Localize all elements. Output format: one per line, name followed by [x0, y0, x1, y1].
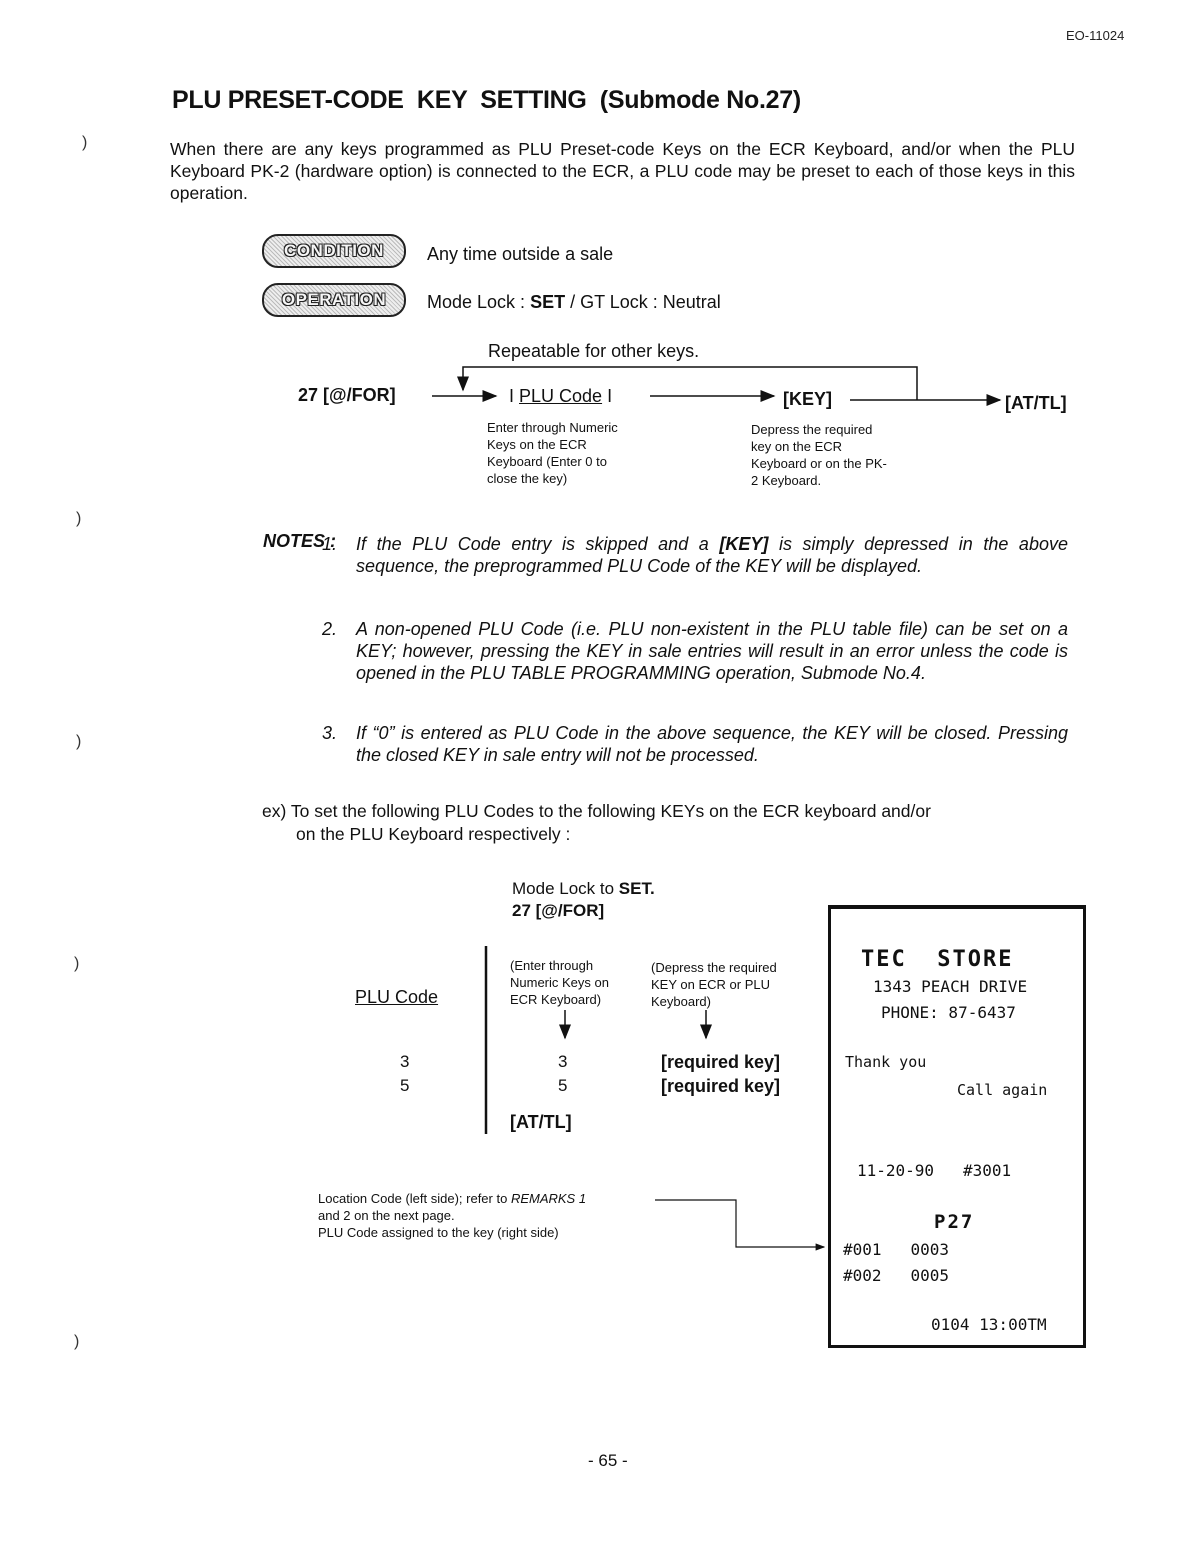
receipt-footer: 0104 13:00TM: [931, 1315, 1047, 1334]
receipt-entry: #002 0005: [843, 1266, 949, 1285]
plu-code-note: Enter through NumericKeys on the ECRKeyb…: [487, 419, 618, 487]
entry-column-note: (Enter throughNumeric Keys onECR Keyboar…: [510, 957, 609, 1008]
receipt-legend: Location Code (left side); refer to REMA…: [318, 1190, 586, 1241]
key-column-note: (Depress the requiredKEY on ECR or PLUKe…: [651, 959, 777, 1010]
example-intro: ex) To set the following PLU Codes to th…: [262, 800, 1042, 846]
repeat-label: Repeatable for other keys.: [488, 341, 699, 362]
receipt-mode: P27: [934, 1211, 974, 1233]
example-end-key: [AT/TL]: [510, 1112, 572, 1133]
table-row: 35: [400, 1050, 409, 1098]
note-item: 2.A non-opened PLU Code (i.e. PLU non-ex…: [356, 618, 1068, 684]
receipt-phone: PHONE: 87-6437: [881, 1003, 1016, 1022]
note-item: 3.If “0” is entered as PLU Code in the a…: [356, 722, 1068, 766]
receipt-entry: #001 0003: [843, 1240, 949, 1259]
page-number: - 65 -: [588, 1451, 628, 1471]
receipt-date-line: 11-20-90 #3001: [857, 1161, 1011, 1180]
receipt-thanks: Thank you: [845, 1053, 926, 1071]
plu-code-column-header: PLU Code: [355, 987, 438, 1008]
flow-start-key: 27 [@/FOR]: [298, 385, 396, 406]
flow-end-key: [AT/TL]: [1005, 393, 1067, 414]
table-row: 35: [558, 1050, 567, 1098]
receipt-store-name: TEC STORE: [861, 947, 1013, 972]
note-item: 1.If the PLU Code entry is skipped and a…: [356, 533, 1068, 577]
receipt-address: 1343 PEACH DRIVE: [873, 977, 1027, 996]
flow-plu-code: I PLU Code I: [509, 386, 612, 407]
flow-key: [KEY]: [783, 389, 832, 410]
table-row: [required key][required key]: [661, 1050, 780, 1098]
example-mode-lock: Mode Lock to SET. 27 [@/FOR]: [512, 878, 655, 922]
key-note: Depress the requiredkey on the ECRKeyboa…: [751, 421, 887, 489]
receipt-printout: TEC STORE 1343 PEACH DRIVE PHONE: 87-643…: [828, 905, 1086, 1348]
receipt-call-again: Call again: [957, 1081, 1047, 1099]
